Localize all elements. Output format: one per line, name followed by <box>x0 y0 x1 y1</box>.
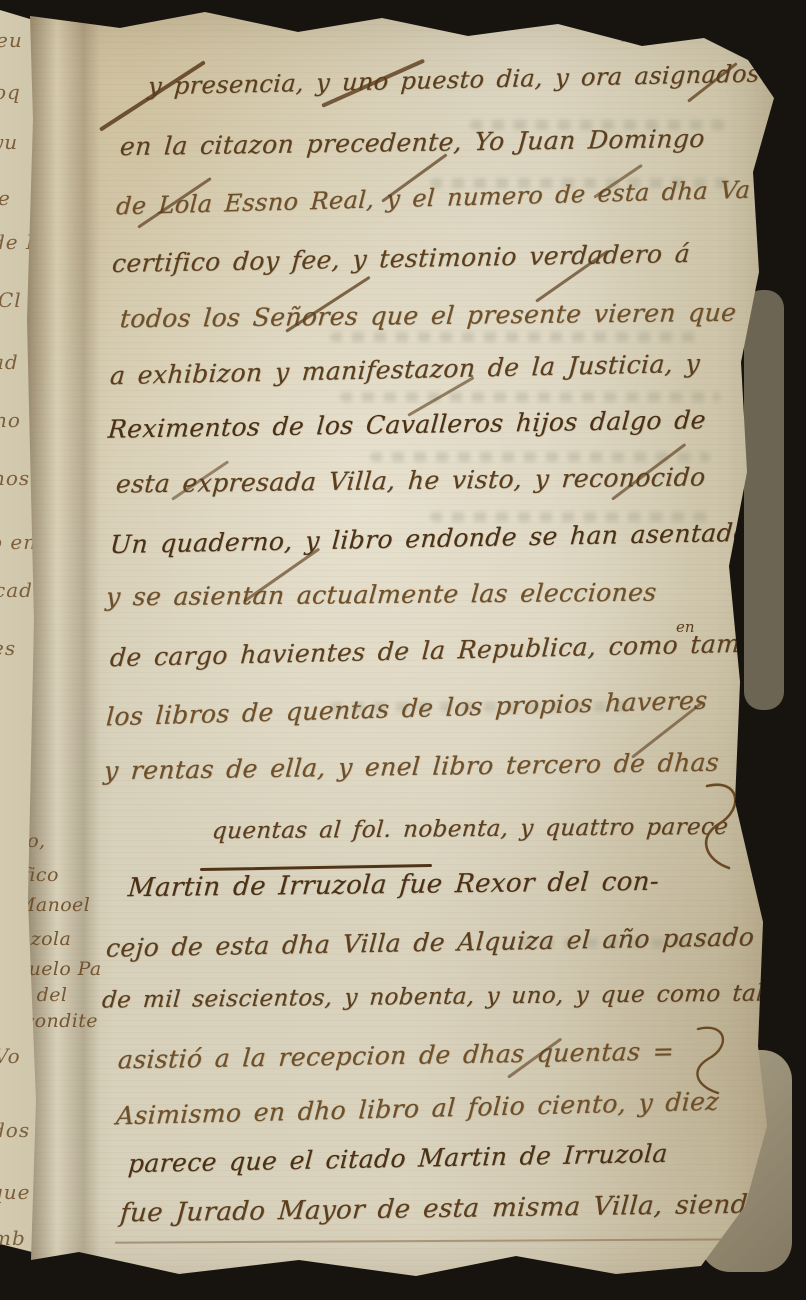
manuscript-line: parece que el citado Martin de Irruzola <box>127 1141 668 1176</box>
edge-fragment: nos <box>0 468 30 488</box>
show-through-smudge <box>330 332 700 342</box>
manuscript-line: asistió a la recepcion de dhas quentas = <box>117 1039 675 1073</box>
edge-fragment: dos <box>0 1120 30 1140</box>
page-fold-crease <box>26 0 100 1300</box>
edge-fragment: es <box>0 638 16 658</box>
folio-number: 43 <box>618 23 651 45</box>
ink-flourish-q <box>695 780 747 872</box>
manuscript-line: de mil seiscientos, y nobenta, y uno, y … <box>101 983 765 1013</box>
manuscript-line: todos los Señores que el presente vieren… <box>119 300 737 331</box>
manuscript-line: en la citazon precedente, Yo Juan Doming… <box>119 126 706 159</box>
edge-fragment: yu <box>0 132 18 152</box>
edge-fragment: o en <box>0 532 37 552</box>
superscript-en: en <box>676 620 695 635</box>
edge-fragment: oq <box>0 82 21 102</box>
manuscript-page: 43 y presencia, y uno puesto dia, y ora … <box>0 0 806 1300</box>
edge-fragment: ad <box>0 352 19 372</box>
edge-fragment: Vo <box>0 1046 21 1066</box>
manuscript-line: quentas al fol. nobenta, y quattro parec… <box>211 816 756 844</box>
manuscript-photo: eu oq yu e de N Cl ad no nos o en cad es… <box>0 0 806 1300</box>
edge-fragment: no <box>0 410 21 430</box>
manuscript-line: Asimismo en dho libro al folio ciento, y… <box>115 1089 719 1129</box>
edge-fragment: e <box>0 188 11 208</box>
edge-fragment: eu <box>0 30 23 50</box>
manuscript-line: cejo de esta dha Villa de Alquiza el año… <box>105 924 755 960</box>
manuscript-line: los libros de quentas de los propios hav… <box>105 688 708 730</box>
manuscript-line: certifico doy fee, y testimonio verdader… <box>111 241 691 276</box>
edge-fragment: que <box>0 1182 31 1202</box>
manuscript-line: y presencia, y uno puesto dia, y ora asi… <box>147 62 760 99</box>
manuscript-line: y rentas de ella, y enel libro tercero d… <box>103 750 720 784</box>
book-block-edge <box>744 290 784 710</box>
manuscript-line: de cargo havientes de la Republica, como… <box>109 631 750 671</box>
manuscript-line: Un quaderno, y libro endonde se han asen… <box>109 520 749 557</box>
manuscript-line: Reximentos de los Cavalleros hijos dalgo… <box>107 407 707 441</box>
show-through-smudge <box>340 392 720 402</box>
manuscript-line: Martin de Irruzola fue Rexor del con- <box>127 869 660 902</box>
edge-fragment: Cl <box>0 290 22 310</box>
ink-flourish-q <box>688 1024 734 1096</box>
edge-fragment: mb <box>0 1228 26 1248</box>
manuscript-line: fue Jurado Mayor de esta misma Villa, si… <box>119 1191 765 1226</box>
edge-fragment: cad <box>0 580 33 600</box>
manuscript-line: y se asientan actualmente las elecciones <box>105 580 658 610</box>
ruled-line <box>115 1238 740 1243</box>
manuscript-line: de Lola Essno Real, y el numero de esta … <box>115 178 751 219</box>
manuscript-line: a exhibizon y manifestazon de la Justici… <box>109 351 701 388</box>
